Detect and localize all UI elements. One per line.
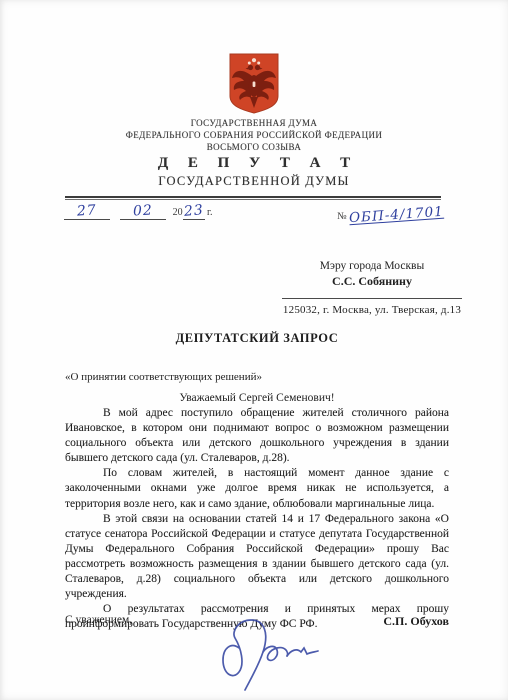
org-line-3: ВОСЬМОГО СОЗЫВА <box>0 141 508 153</box>
addressee-block: Мэру города Москвы С.С. Собянину 125032,… <box>282 259 462 318</box>
outgoing-number: № ОБП-4/1701 <box>337 207 444 223</box>
salutation: Уважаемый Сергей Семенович! <box>65 392 449 404</box>
date-day-blank: 27 <box>64 203 110 220</box>
addressee-divider <box>282 298 462 299</box>
printed-year-prefix: 20 <box>173 207 183 218</box>
letterhead-subtitle: ГОСУДАРСТВЕННОЙ ДУМЫ <box>0 174 508 189</box>
org-line-1: ГОСУДАРСТВЕННАЯ ДУМА <box>0 117 508 129</box>
date-year-blank: 23 <box>183 203 205 220</box>
letterhead-org-block: ГОСУДАРСТВЕННАЯ ДУМА ФЕДЕРАЛЬНОГО СОБРАН… <box>0 117 508 153</box>
paragraph-2: По словам жителей, в настоящий момент да… <box>65 466 449 511</box>
letterhead-divider <box>65 196 441 200</box>
russia-coat-of-arms-icon <box>226 52 282 114</box>
org-line-2: ФЕДЕРАЛЬНОГО СОБРАНИЯ РОССИЙСКОЙ ФЕДЕРАЦ… <box>0 129 508 141</box>
paragraph-1: В мой адрес поступило обращение жителей … <box>65 406 449 466</box>
closing-regards: С уважением, <box>65 614 132 626</box>
signer-name: С.П. Обухов <box>383 614 449 629</box>
scanned-letter-page: ГОСУДАРСТВЕННАЯ ДУМА ФЕДЕРАЛЬНОГО СОБРАН… <box>0 0 508 700</box>
handwritten-number: ОБП-4/1701 <box>349 204 445 227</box>
handwritten-month: 02 <box>132 202 153 219</box>
addressee-role: Мэру города Москвы <box>282 259 462 274</box>
signature-icon <box>205 608 335 698</box>
letter-body: В мой адрес поступило обращение жителей … <box>65 406 449 632</box>
subject-line: «О принятии соответствующих решений» <box>65 371 262 383</box>
addressee-address: 125032, г. Москва, ул. Тверская, д.13 <box>282 303 462 318</box>
printed-year-unit: г. <box>207 207 212 218</box>
addressee-name: С.С. Собянину <box>282 274 462 289</box>
document-title: ДЕПУТАТСКИЙ ЗАПРОС <box>65 331 449 346</box>
paragraph-3: В этой связи на основании статей 14 и 17… <box>65 512 449 603</box>
handwritten-day: 27 <box>77 202 98 219</box>
number-label: № <box>337 211 347 222</box>
letterhead-title: Д Е П У Т А Т <box>0 155 508 172</box>
dateline: 27 02 2023 г. № ОБП-4/1701 <box>64 203 444 229</box>
date-month-blank: 02 <box>120 203 166 220</box>
handwritten-year: 23 <box>183 202 204 220</box>
